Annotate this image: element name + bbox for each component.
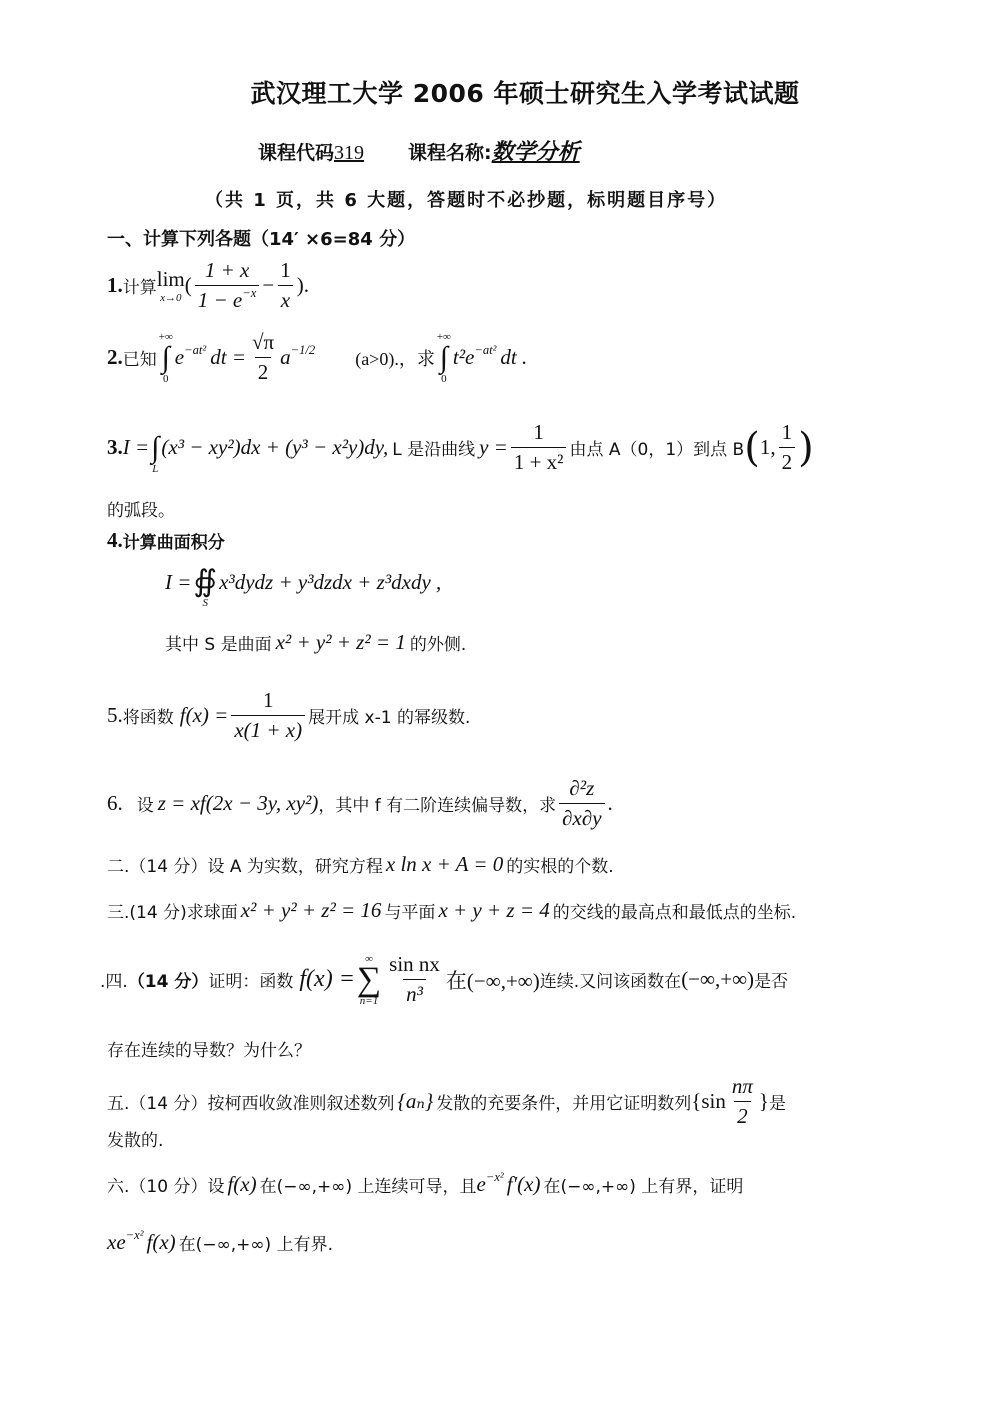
- fraction-1: 1 + x 1 − e−x: [195, 258, 260, 313]
- line-integral-sign: ∫ L: [151, 421, 159, 475]
- question-4-condition: 其中 S 是曲面 x² + y² + z² = 1 的外侧.: [165, 630, 466, 655]
- frac-den: 1 − e: [198, 288, 243, 312]
- frac-num: ∂²z: [566, 776, 597, 803]
- section-6-continuation: xe−x² f(x) 在(−∞,+∞) 上有界.: [107, 1230, 333, 1255]
- s3-text2: 与平面: [384, 898, 435, 923]
- q3-expr-b: (x³ − xy²)dx + (y³ − x²y)dy,: [161, 435, 388, 460]
- q1-prefix: 计算: [123, 273, 157, 298]
- section-1-heading: 一、计算下列各题（14′ ×6=84 分）: [107, 225, 415, 251]
- fx: f(x): [227, 1172, 256, 1197]
- frac-den-sup: −x: [242, 286, 256, 300]
- course-name: 数学分析: [492, 140, 598, 165]
- frac-num: 1: [277, 258, 294, 285]
- lim-text: lim: [157, 267, 185, 292]
- integrand: t²e: [453, 345, 474, 369]
- s2-text1: 设 A 为实数，研究方程: [207, 852, 382, 877]
- q6-label: 6.: [107, 791, 123, 816]
- s4-interval2: (−∞,+∞): [681, 967, 754, 992]
- q4-text1: 其中 S 是曲面: [165, 630, 272, 655]
- integral-sign: +∞ ∫ 0: [437, 331, 451, 385]
- frac-den: n³: [403, 979, 426, 1007]
- sum-sign: ∞ ∑ n=1: [357, 953, 381, 1007]
- integrand: e: [175, 345, 184, 369]
- s2-expr: x ln x + A = 0: [386, 852, 503, 877]
- s2-label: 二.: [107, 852, 129, 877]
- frac-den: x: [278, 285, 293, 313]
- f-prime: f′(x): [507, 1172, 541, 1197]
- minus: −: [262, 273, 274, 298]
- fraction: 1 1 + x²: [511, 420, 567, 475]
- s6-label: 六.: [107, 1172, 129, 1197]
- fraction: 1 x(1 + x): [231, 688, 305, 743]
- s6-text3: 在(−∞,+∞) 上有界，证明: [543, 1172, 743, 1197]
- s5-seq2-post: }: [759, 1089, 769, 1114]
- q6-expr: z = xf(2x − 3y, xy²): [158, 791, 319, 816]
- s3-label: 三.: [107, 898, 129, 923]
- q4-prefix: 计算曲面积分: [123, 528, 225, 553]
- course-code: 319: [334, 142, 364, 164]
- q5-label: 5.: [107, 703, 123, 728]
- question-2: 2. 已知 +∞ ∫ 0 e−at² dt = √π 2 a−1/2 (a>0)…: [107, 330, 527, 385]
- s3-text1: 求球面: [187, 898, 238, 923]
- s5-points: （14 分）: [129, 1089, 207, 1114]
- question-5: 5. 将函数 f(x) = 1 x(1 + x) 展开成 x-1 的幂级数.: [107, 688, 470, 743]
- surface-eq: x² + y² + z² = 1: [276, 630, 406, 655]
- frac-den: x(1 + x): [231, 715, 305, 743]
- course-code-label: 课程代码: [258, 142, 334, 164]
- section-4-continuation: 存在连续的导数？为什么？: [107, 1036, 311, 1061]
- a-sup: −1/2: [291, 343, 316, 357]
- question-4-heading: 4. 计算曲面积分: [107, 528, 225, 553]
- frac-num: sin nx: [386, 952, 443, 979]
- int-lower: S: [203, 597, 209, 609]
- integrand-sup: −at²: [184, 343, 206, 357]
- q2-label: 2.: [107, 345, 123, 370]
- q3-text1: L 是沿曲线: [392, 435, 475, 460]
- section-3: 三. (14 分) 求球面 x² + y² + z² = 16 与平面 x + …: [107, 898, 796, 923]
- q2-cond: (a>0).，求: [355, 345, 435, 371]
- lim-sub: x→0: [160, 292, 181, 304]
- point-b-x: 1,: [760, 435, 776, 460]
- section-6: 六. （10 分） 设 f(x) 在(−∞,+∞) 上连续可导，且 e−x² f…: [107, 1172, 743, 1197]
- fraction: 1 2: [779, 420, 796, 475]
- question-6: 6. 设 z = xf(2x − 3y, xy²) ，其中 f 有二阶连续偏导数…: [107, 776, 613, 831]
- frac-num: nπ: [729, 1074, 756, 1101]
- s4-points: （14 分）: [128, 967, 209, 992]
- q5-text: 展开成 x-1 的幂级数.: [308, 703, 470, 728]
- course-name-label: 课程名称:: [408, 142, 492, 164]
- s3-plane: x + y + z = 4: [438, 898, 549, 923]
- s4-text1: 证明：函数: [208, 967, 293, 992]
- q1-end: ).: [297, 273, 309, 298]
- s5-seq: {aₙ}: [397, 1089, 433, 1114]
- frac-num: √π: [249, 330, 277, 357]
- dt: dt .: [500, 345, 527, 370]
- q1-label: 1.: [107, 273, 123, 298]
- q3-text2: 由点 A（0，1）到点 B: [569, 435, 744, 460]
- fx: f(x) =: [180, 703, 229, 728]
- frac-num: 1 + x: [202, 258, 253, 285]
- s4-text2: 连续.又问该函数在: [540, 967, 681, 992]
- frac-num: 1: [260, 688, 277, 715]
- q6-prefix: 设: [137, 791, 154, 816]
- frac-num: 1: [530, 420, 547, 447]
- question-3: 3. I = ∫ L (x³ − xy²)dx + (y³ − x²y)dy, …: [107, 420, 814, 475]
- s5-text1: 按柯西收敛准则叙述数列: [207, 1089, 394, 1114]
- q4-expr-a: I =: [165, 570, 191, 595]
- fraction: √π 2: [249, 330, 277, 385]
- q2-prefix: 已知: [123, 345, 157, 370]
- s5-label: 五.: [107, 1089, 129, 1114]
- frac-den: ∂x∂y: [559, 803, 604, 831]
- section-5-continuation: 发散的.: [107, 1126, 163, 1151]
- y-eq: y =: [479, 435, 508, 460]
- section-5: 五. （14 分） 按柯西收敛准则叙述数列 {aₙ} 发散的充要条件，并用它证明…: [107, 1074, 786, 1129]
- frac-den: 1 + x²: [511, 447, 567, 475]
- integral-sign: +∞ ∫ 0: [159, 331, 173, 385]
- s5-text2: 发散的充要条件，并用它证明数列: [436, 1089, 691, 1114]
- s3-points: (14 分): [129, 898, 186, 923]
- section-4: .四. （14 分） 证明：函数 f(x) = ∞ ∑ n=1 sin nx n…: [100, 952, 788, 1007]
- s3-text3: 的交线的最高点和最低点的坐标.: [553, 898, 796, 923]
- fraction: ∂²z ∂x∂y: [559, 776, 604, 831]
- integrand-sup: −at²: [474, 343, 496, 357]
- sum-lower: n=1: [360, 995, 378, 1007]
- q3-label: 3.: [107, 435, 123, 460]
- xe-sup: −x²: [126, 1228, 144, 1242]
- exp-sup: −x²: [486, 1170, 504, 1184]
- int-lower: L: [152, 463, 158, 475]
- s5-text3: 是: [769, 1089, 786, 1114]
- fraction: sin nx n³: [386, 952, 443, 1007]
- frac-den: 2: [779, 447, 796, 475]
- fx: f(x) =: [299, 966, 355, 993]
- s2-points: （14 分）: [129, 852, 207, 877]
- exam-title: 武汉理工大学 2006 年硕士研究生入学考试试题: [0, 74, 1000, 110]
- question-1: 1. 计算 lim x→0 ( 1 + x 1 − e−x − 1 x ).: [107, 258, 309, 313]
- q4-label: 4.: [107, 528, 123, 553]
- exp-base: e: [477, 1172, 486, 1196]
- a-var: a: [280, 345, 291, 369]
- exam-note: （共 1 页，共 6 大题，答题时不必抄题，标明题目序号）: [205, 186, 727, 212]
- s2-text2: 的实根的个数.: [506, 852, 613, 877]
- question-4-formula: I = ∯ S x³dydz + y³dzdx + z³dxdy ,: [165, 555, 441, 609]
- s4-label: .四.: [100, 967, 128, 992]
- s6-points: （10 分）: [129, 1172, 207, 1197]
- course-info: 课程代码319课程名称:数学分析: [258, 135, 598, 166]
- q4-expr-b: x³dydz + y³dzdx + z³dxdy ,: [219, 570, 441, 595]
- q4-text2: 的外侧.: [410, 630, 466, 655]
- q5-prefix: 将函数: [123, 703, 174, 728]
- frac-num: 1: [779, 420, 796, 447]
- fx: f(x): [147, 1230, 176, 1255]
- s5-seq2-pre: {sin: [691, 1089, 726, 1114]
- limit-operator: lim x→0: [157, 267, 185, 304]
- surface-integral-sign: ∯ S: [193, 555, 217, 609]
- s6-text1: 设: [207, 1172, 224, 1197]
- fraction-2: 1 x: [277, 258, 294, 313]
- frac-den: 2: [734, 1101, 751, 1129]
- s4-interval1: 在(−∞,+∞): [446, 965, 540, 995]
- q3-expr-a: I =: [123, 435, 149, 460]
- section-2: 二. （14 分） 设 A 为实数，研究方程 x ln x + A = 0 的实…: [107, 852, 614, 877]
- frac-den: 2: [255, 357, 272, 385]
- q3-continuation: 的弧段。: [107, 496, 175, 521]
- q6-end: .: [608, 791, 613, 816]
- int-lower: 0: [163, 373, 169, 385]
- fraction: nπ 2: [729, 1074, 756, 1129]
- xe-base: xe: [107, 1230, 126, 1254]
- s6-line2-text: 在(−∞,+∞) 上有界.: [179, 1230, 333, 1255]
- s6-text2: 在(−∞,+∞) 上连续可导，且: [260, 1172, 477, 1197]
- q6-text: ，其中 f 有二阶连续偏导数，求: [318, 791, 556, 816]
- s4-text3: 是否: [754, 967, 788, 992]
- s3-sphere: x² + y² + z² = 16: [241, 898, 382, 923]
- dt: dt =: [210, 345, 246, 370]
- int-lower: 0: [441, 373, 447, 385]
